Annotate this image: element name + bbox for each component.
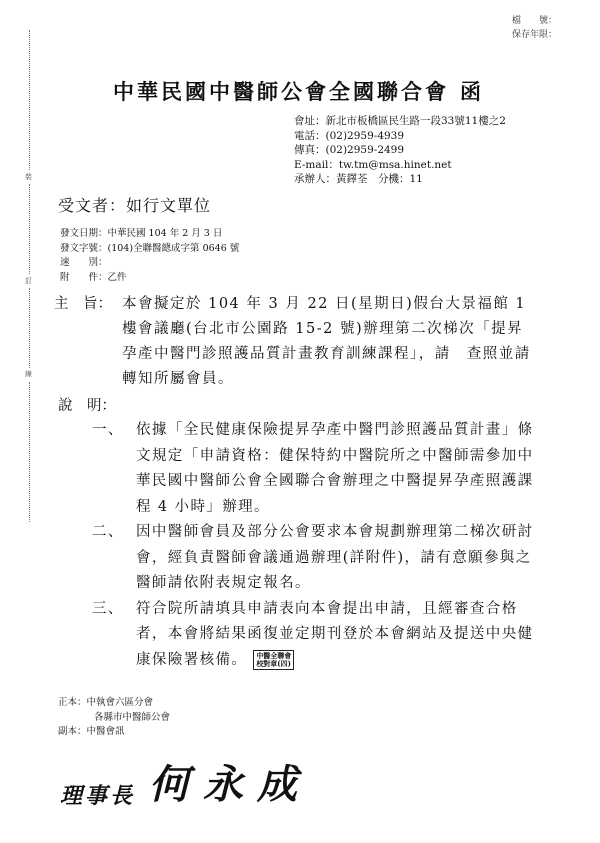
subject-label: 主 旨： <box>54 292 122 317</box>
signer-title: 理事長 <box>60 779 135 810</box>
distribution-list: 正本：中執會六區分會 各縣市中醫師公會 副本：中醫會訊 <box>58 696 170 740</box>
binding-dotted-line <box>29 382 32 522</box>
binding-dotted-line <box>29 30 32 170</box>
item-text: 符合院所請填具申請表向本會提出申請，且經審查合格者，本會將結果函復並定期刊登於本… <box>136 601 534 668</box>
file-number-label: 檔 號： <box>512 14 582 28</box>
speed-row: 速 別： <box>60 256 239 271</box>
explanation-item: 一、 依據「全民健康保險提昇孕產中醫門診照護品質計畫」條文規定「申請資格：健保特… <box>92 418 542 520</box>
signature-block: 理事長 何永成 <box>60 753 311 810</box>
issue-date-label: 發文日期： <box>60 228 108 239</box>
issue-date-value: 中華民國 104 年 2 月 3 日 <box>108 228 223 239</box>
binding-dotted-line <box>29 184 32 274</box>
binding-margin: 裝 訂 線 <box>27 20 33 840</box>
proofread-stamp: 中醫全聯會校對章(四) <box>253 650 294 670</box>
subject-section: 主 旨： 本會擬定於 104 年 3 月 22 日(星期日)假台大景福館 1 樓… <box>54 292 534 392</box>
attachment-label: 附 件： <box>60 272 108 283</box>
recipient: 受文者：如行文單位 <box>58 193 211 216</box>
speed-label: 速 別： <box>60 257 108 268</box>
binding-label-xian: 線 <box>25 369 32 379</box>
handler: 承辦人：黃鐸荃 分機：11 <box>294 172 506 187</box>
document-meta: 發文日期：中華民國 104 年 2 月 3 日 發文字號：(104)全聯醫總成字… <box>60 227 239 285</box>
subject-text: 本會擬定於 104 年 3 月 22 日(星期日)假台大景福館 1 樓會議廳(台… <box>122 292 534 392</box>
archive-info: 檔 號： 保存年限： <box>512 14 582 42</box>
reference-number-label: 發文字號： <box>60 243 108 254</box>
issuer-title: 中華民國中醫師公會全國聯合會 <box>113 76 449 106</box>
explanation-item: 二、 因中醫師會員及部分公會要求本會規劃辦理第二梯次研討會，經負責醫師會議通過辦… <box>92 520 542 597</box>
document-type: 函 <box>460 76 481 106</box>
copy-label: 副本： <box>58 726 87 737</box>
email: E-mail：tw.tm@msa.hinet.net <box>294 158 506 173</box>
item-number: 一、 <box>92 418 136 520</box>
original-recipient-2: 各縣市中醫師公會 <box>58 711 170 726</box>
item-text: 因中醫師會員及部分公會要求本會規劃辦理第二梯次研討會，經負責醫師會議通過辦理(詳… <box>136 520 542 597</box>
binding-label-ding: 訂 <box>25 276 32 286</box>
explanation-item: 三、 符合院所請填具申請表向本會提出申請，且經審查合格者，本會將結果函復並定期刊… <box>92 597 542 674</box>
item-text: 依據「全民健康保險提昇孕產中醫門診照護品質計畫」條文規定「申請資格：健保特約中醫… <box>136 418 542 520</box>
reference-number-value: (104)全聯醫總成字第 0646 號 <box>108 243 240 254</box>
signer-name: 何永成 <box>149 753 311 810</box>
original-label: 正本： <box>58 697 87 708</box>
item-number: 二、 <box>92 520 136 597</box>
original-recipient-1: 中執會六區分會 <box>87 697 154 708</box>
phone: 電話：(02)2959-4939 <box>294 129 506 144</box>
attachment-value: 乙件 <box>108 272 127 283</box>
reference-number-row: 發文字號：(104)全聯醫總成字第 0646 號 <box>60 242 239 257</box>
copy-recipient-1: 中醫會訊 <box>87 726 125 737</box>
explanation-list: 一、 依據「全民健康保險提昇孕產中醫門診照護品質計畫」條文規定「申請資格：健保特… <box>92 418 542 673</box>
stamp-line-2: 校對章(四) <box>256 659 291 668</box>
binding-dotted-line <box>29 288 32 368</box>
retention-period-label: 保存年限： <box>512 28 582 42</box>
item-text-wrap: 符合院所請填具申請表向本會提出申請，且經審查合格者，本會將結果函復並定期刊登於本… <box>136 597 542 674</box>
contact-block: 會址：新北市板橋區民生路一段33號11樓之2 電話：(02)2959-4939 … <box>294 114 506 187</box>
original-recipients-row: 正本：中執會六區分會 <box>58 696 170 711</box>
binding-label-zhuang: 裝 <box>25 172 32 182</box>
attachment-row: 附 件：乙件 <box>60 271 239 286</box>
address: 會址：新北市板橋區民生路一段33號11樓之2 <box>294 114 506 129</box>
item-number: 三、 <box>92 597 136 674</box>
fax: 傳真：(02)2959-2499 <box>294 143 506 158</box>
issue-date-row: 發文日期：中華民國 104 年 2 月 3 日 <box>60 227 239 242</box>
copy-recipients-row: 副本：中醫會訊 <box>58 725 170 740</box>
explanation-label: 說 明： <box>58 394 116 415</box>
